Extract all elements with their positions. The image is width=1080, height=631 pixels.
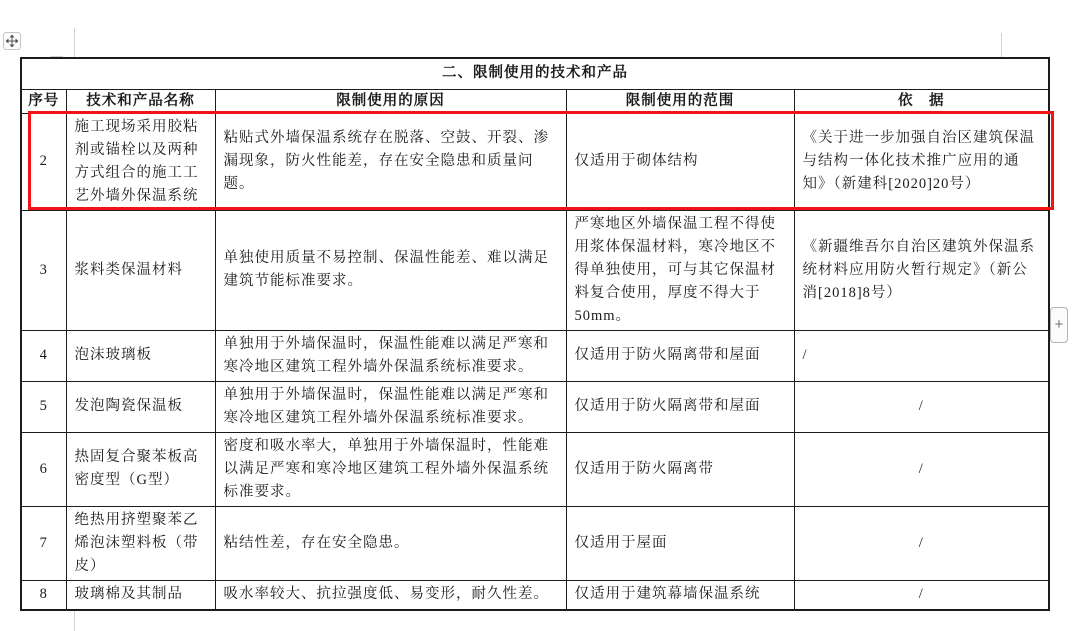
cell-basis: 《关于进一步加强自治区建筑保温与结构一体化技术推广应用的通知》（新建科[2020…	[794, 113, 1049, 210]
cell-reason: 吸水率较大、抗拉强度低、易变形，耐久性差。	[215, 580, 566, 610]
move-cross-icon	[6, 35, 18, 47]
cell-name: 施工现场采用胶粘剂或锚栓以及两种方式组合的施工工艺外墙外保温系统	[66, 113, 215, 210]
cell-name: 泡沫玻璃板	[66, 330, 215, 381]
table-row: 3 浆料类保温材料 单独使用质量不易控制、保温性能差、难以满足建筑节能标准要求。…	[21, 210, 1049, 330]
table-row: 4 泡沫玻璃板 单独用于外墙保温时，保温性能难以满足严寒和寒冷地区建筑工程外墙外…	[21, 330, 1049, 381]
table-row: 2 施工现场采用胶粘剂或锚栓以及两种方式组合的施工工艺外墙外保温系统 粘贴式外墙…	[21, 113, 1049, 210]
cell-scope: 仅适用于防火隔离带和屋面	[566, 330, 794, 381]
cell-no: 4	[21, 330, 66, 381]
cell-scope: 仅适用于屋面	[566, 506, 794, 580]
cell-reason: 粘结性差，存在安全隐患。	[215, 506, 566, 580]
cell-no: 5	[21, 381, 66, 432]
table-move-handle[interactable]	[3, 32, 21, 50]
cell-scope: 仅适用于砌体结构	[566, 113, 794, 210]
cell-name: 热固复合聚苯板高密度型（G型）	[66, 432, 215, 506]
header-scope: 限制使用的范围	[566, 89, 794, 113]
cell-name: 绝热用挤塑聚苯乙烯泡沫塑料板（带皮）	[66, 506, 215, 580]
table-row: 8 玻璃棉及其制品 吸水率较大、抗拉强度低、易变形，耐久性差。 仅适用于建筑幕墙…	[21, 580, 1049, 610]
margin-mark-top-right	[1001, 33, 1002, 57]
cell-basis: /	[794, 381, 1049, 432]
restricted-products-table: 二、限制使用的技术和产品 序号 技术和产品名称 限制使用的原因 限制使用的范围 …	[20, 57, 1050, 611]
table-row: 6 热固复合聚苯板高密度型（G型） 密度和吸水率大，单独用于外墙保温时，性能难以…	[21, 432, 1049, 506]
cell-name: 浆料类保温材料	[66, 210, 215, 330]
cell-reason: 单独使用质量不易控制、保温性能差、难以满足建筑节能标准要求。	[215, 210, 566, 330]
cell-reason: 密度和吸水率大，单独用于外墙保温时，性能难以满足严寒和寒冷地区建筑工程外墙外保温…	[215, 432, 566, 506]
cell-scope: 仅适用于建筑幕墙保温系统	[566, 580, 794, 610]
table-row: 7 绝热用挤塑聚苯乙烯泡沫塑料板（带皮） 粘结性差，存在安全隐患。 仅适用于屋面…	[21, 506, 1049, 580]
margin-mark-bottom-v	[74, 609, 75, 631]
cell-reason: 单独用于外墙保温时，保温性能难以满足严寒和寒冷地区建筑工程外墙外保温系统标准要求…	[215, 381, 566, 432]
cell-name: 玻璃棉及其制品	[66, 580, 215, 610]
cell-scope: 严寒地区外墙保温工程不得使用浆体保温材料，寒冷地区不得单独使用，可与其它保温材料…	[566, 210, 794, 330]
header-basis: 依 据	[794, 89, 1049, 113]
cell-no: 8	[21, 580, 66, 610]
cell-scope: 仅适用于防火隔离带和屋面	[566, 381, 794, 432]
cell-no: 3	[21, 210, 66, 330]
cell-basis: /	[794, 330, 1049, 381]
cell-no: 7	[21, 506, 66, 580]
margin-mark-top-left	[74, 28, 75, 57]
cell-reason: 粘贴式外墙保温系统存在脱落、空鼓、开裂、渗漏现象，防火性能差，存在安全隐患和质量…	[215, 113, 566, 210]
document-page: 二、限制使用的技术和产品 序号 技术和产品名称 限制使用的原因 限制使用的范围 …	[0, 0, 1080, 631]
header-no: 序号	[21, 89, 66, 113]
cell-basis: /	[794, 432, 1049, 506]
cell-no: 2	[21, 113, 66, 210]
table-title: 二、限制使用的技术和产品	[21, 58, 1049, 89]
header-name: 技术和产品名称	[66, 89, 215, 113]
cell-basis: 《新疆维吾尔自治区建筑外保温系统材料应用防火暂行规定》（新公消[2018]8号）	[794, 210, 1049, 330]
cell-reason: 单独用于外墙保温时，保温性能难以满足严寒和寒冷地区建筑工程外墙外保温系统标准要求…	[215, 330, 566, 381]
cell-basis: /	[794, 506, 1049, 580]
header-reason: 限制使用的原因	[215, 89, 566, 113]
cell-name: 发泡陶瓷保温板	[66, 381, 215, 432]
cell-basis: /	[794, 580, 1049, 610]
cell-no: 6	[21, 432, 66, 506]
cell-scope: 仅适用于防火隔离带	[566, 432, 794, 506]
table-row: 5 发泡陶瓷保温板 单独用于外墙保温时，保温性能难以满足严寒和寒冷地区建筑工程外…	[21, 381, 1049, 432]
insert-column-plus-button[interactable]: +	[1050, 307, 1068, 343]
